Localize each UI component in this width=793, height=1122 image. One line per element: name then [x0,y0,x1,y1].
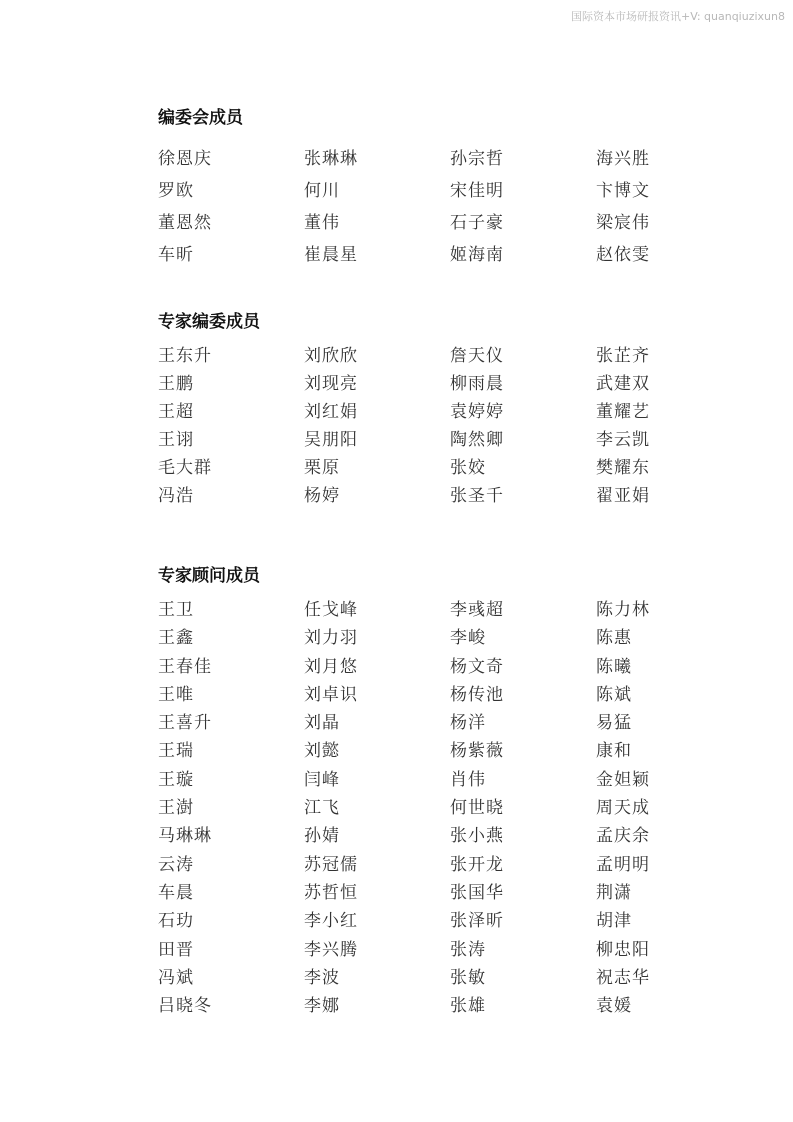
member-name: 易猛 [596,709,696,737]
member-name: 詹天仪 [450,342,596,370]
member-name: 王诩 [158,426,304,454]
member-name: 刘欣欣 [304,342,450,370]
section-expert-editorial-board: 专家编委成员 王东升刘欣欣詹天仪张芷齐王鹏刘现亮柳雨晨武建双王超刘红娟袁婷婷董耀… [158,310,678,510]
member-name: 金妲颖 [596,766,696,794]
member-name: 肖伟 [450,766,596,794]
member-name: 荆潇 [596,879,696,907]
member-name: 翟亚娟 [596,482,696,510]
member-name: 康和 [596,737,696,765]
member-name: 赵依雯 [596,239,696,271]
member-name: 董耀艺 [596,398,696,426]
member-name: 姬海南 [450,239,596,271]
member-name: 杨洋 [450,709,596,737]
member-name: 李波 [304,964,450,992]
member-name: 孟明明 [596,851,696,879]
member-name: 吕晓冬 [158,992,304,1020]
member-name: 柳忠阳 [596,936,696,964]
member-name: 刘懿 [304,737,450,765]
member-name: 海兴胜 [596,143,696,175]
member-name: 刘现亮 [304,370,450,398]
member-name: 吴朋阳 [304,426,450,454]
member-name: 陶然卿 [450,426,596,454]
member-name: 何世晓 [450,794,596,822]
member-name: 田晋 [158,936,304,964]
member-name: 刘晶 [304,709,450,737]
member-name: 任戈峰 [304,596,450,624]
watermark: 国际资本市场研报资讯+V: quanqiuzixun8 [571,8,785,24]
member-name: 张敏 [450,964,596,992]
member-name: 杨传池 [450,681,596,709]
member-name: 江飞 [304,794,450,822]
member-name: 王鹏 [158,370,304,398]
member-name: 孟庆余 [596,822,696,850]
member-name: 苏哲恒 [304,879,450,907]
member-name: 张涛 [450,936,596,964]
member-name: 孙宗哲 [450,143,596,175]
member-name: 王瑞 [158,737,304,765]
member-name: 周天成 [596,794,696,822]
member-name: 董恩然 [158,207,304,239]
member-name: 刘红娟 [304,398,450,426]
name-grid: 徐恩庆张琳琳孙宗哲海兴胜罗欧何川宋佳明卞博文董恩然董伟石子豪梁宸伟车昕崔晨星姬海… [158,143,678,271]
member-name: 董伟 [304,207,450,239]
member-name: 张琳琳 [304,143,450,175]
member-name: 王澍 [158,794,304,822]
member-name: 马琳琳 [158,822,304,850]
member-name: 车昕 [158,239,304,271]
member-name: 王鑫 [158,624,304,652]
member-name: 卞博文 [596,175,696,207]
member-name: 陈惠 [596,624,696,652]
member-name: 冯斌 [158,964,304,992]
member-name: 苏冠儒 [304,851,450,879]
member-name: 何川 [304,175,450,207]
member-name: 罗欧 [158,175,304,207]
member-name: 李彧超 [450,596,596,624]
member-name: 张雄 [450,992,596,1020]
member-name: 袁婷婷 [450,398,596,426]
member-name: 袁媛 [596,992,696,1020]
member-name: 李小红 [304,907,450,935]
member-name: 车晨 [158,879,304,907]
member-name: 崔晨星 [304,239,450,271]
member-name: 陈曦 [596,653,696,681]
member-name: 刘力羽 [304,624,450,652]
member-name: 张小燕 [450,822,596,850]
section-editorial-board: 编委会成员 徐恩庆张琳琳孙宗哲海兴胜罗欧何川宋佳明卞博文董恩然董伟石子豪梁宸伟车… [158,106,678,271]
member-name: 毛大群 [158,454,304,482]
member-name: 王春佳 [158,653,304,681]
member-name: 李峻 [450,624,596,652]
member-name: 杨紫薇 [450,737,596,765]
member-name: 王卫 [158,596,304,624]
member-name: 胡津 [596,907,696,935]
member-name: 张泽昕 [450,907,596,935]
member-name: 柳雨晨 [450,370,596,398]
section-title: 专家编委成员 [158,310,678,334]
member-name: 王唯 [158,681,304,709]
member-name: 张姣 [450,454,596,482]
member-name: 徐恩庆 [158,143,304,175]
member-name: 云涛 [158,851,304,879]
member-name: 祝志华 [596,964,696,992]
member-name: 冯浩 [158,482,304,510]
name-grid: 王卫任戈峰李彧超陈力林王鑫刘力羽李峻陈惠王春佳刘月悠杨文奇陈曦王唯刘卓识杨传池陈… [158,596,678,1020]
member-name: 宋佳明 [450,175,596,207]
member-name: 刘月悠 [304,653,450,681]
name-grid: 王东升刘欣欣詹天仪张芷齐王鹏刘现亮柳雨晨武建双王超刘红娟袁婷婷董耀艺王诩吴朋阳陶… [158,342,678,510]
member-name: 孙婧 [304,822,450,850]
member-name: 王东升 [158,342,304,370]
member-name: 梁宸伟 [596,207,696,239]
member-name: 王璇 [158,766,304,794]
member-name: 王喜升 [158,709,304,737]
section-title: 编委会成员 [158,106,678,130]
member-name: 栗原 [304,454,450,482]
member-name: 李娜 [304,992,450,1020]
member-name: 李兴腾 [304,936,450,964]
section-expert-advisors: 专家顾问成员 王卫任戈峰李彧超陈力林王鑫刘力羽李峻陈惠王春佳刘月悠杨文奇陈曦王唯… [158,564,678,1020]
member-name: 张国华 [450,879,596,907]
member-name: 张开龙 [450,851,596,879]
member-name: 张圣千 [450,482,596,510]
member-name: 刘卓识 [304,681,450,709]
member-name: 武建双 [596,370,696,398]
member-name: 石玏 [158,907,304,935]
member-name: 石子豪 [450,207,596,239]
member-name: 王超 [158,398,304,426]
member-name: 樊耀东 [596,454,696,482]
section-title: 专家顾问成员 [158,564,678,588]
member-name: 杨文奇 [450,653,596,681]
member-name: 闫峰 [304,766,450,794]
member-name: 陈力林 [596,596,696,624]
member-name: 张芷齐 [596,342,696,370]
member-name: 陈斌 [596,681,696,709]
member-name: 李云凯 [596,426,696,454]
member-name: 杨婷 [304,482,450,510]
